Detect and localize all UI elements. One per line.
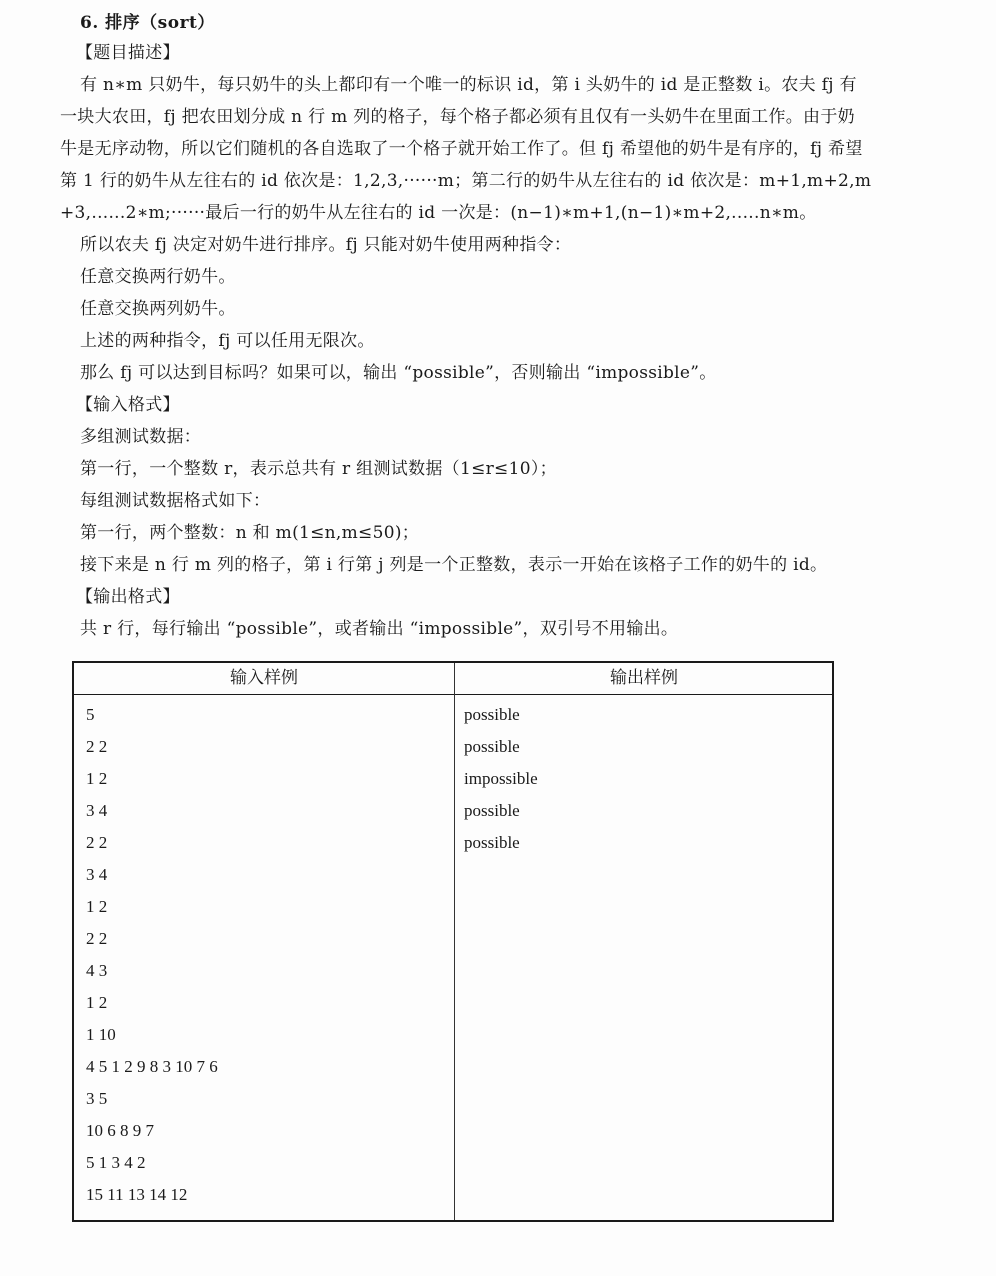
output-sample-line: possible bbox=[464, 737, 520, 757]
input-sample-line: 1 2 bbox=[86, 897, 107, 917]
input-sample-line: 2 2 bbox=[86, 737, 107, 757]
description-line: 上述的两种指令，fj 可以任用无限次。 bbox=[80, 326, 375, 351]
column-divider bbox=[454, 663, 455, 1220]
input-sample-line: 4 5 1 2 9 8 3 10 7 6 bbox=[86, 1057, 218, 1077]
description-line: 所以农夫 fj 决定对奶牛进行排序。fj 只能对奶牛使用两种指令： bbox=[80, 230, 571, 255]
input-sample-line: 5 bbox=[86, 705, 95, 725]
output-format-line: 共 r 行，每行输出 “possible”，或者输出 “impossible”，… bbox=[80, 614, 678, 639]
description-line: 任意交换两行奶牛。 bbox=[80, 262, 236, 287]
section-input-header: 【输入格式】 bbox=[76, 390, 180, 415]
input-sample-line: 1 2 bbox=[86, 993, 107, 1013]
section-description-header: 【题目描述】 bbox=[76, 38, 180, 63]
description-line: +3,......2∗m;······最后一行的奶牛从左往右的 id 一次是：(… bbox=[60, 198, 817, 223]
input-sample-line: 2 2 bbox=[86, 929, 107, 949]
sample-table: 输入样例 输出样例 5 2 2 1 2 3 4 2 2 3 4 1 2 2 2 … bbox=[72, 661, 834, 1222]
description-line: 一块大农田，fj 把农田划分成 n 行 m 列的格子，每个格子都必须有且仅有一头… bbox=[60, 102, 855, 127]
description-line: 第 1 行的奶牛从左往右的 id 依次是：1,2,3,······m；第二行的奶… bbox=[60, 166, 871, 191]
output-sample-line: possible bbox=[464, 705, 520, 725]
header-output-sample: 输出样例 bbox=[454, 663, 834, 694]
input-format-line: 多组测试数据： bbox=[80, 422, 201, 447]
input-sample-line: 15 11 13 14 12 bbox=[86, 1185, 187, 1205]
description-line: 那么 fj 可以达到目标吗？如果可以，输出 “possible”，否则输出 “i… bbox=[80, 358, 717, 383]
section-output-header: 【输出格式】 bbox=[76, 582, 180, 607]
problem-title: 6. 排序（sort） bbox=[80, 8, 215, 33]
output-sample-line: possible bbox=[464, 833, 520, 853]
input-sample-line: 3 4 bbox=[86, 865, 107, 885]
description-line: 任意交换两列奶牛。 bbox=[80, 294, 236, 319]
output-sample-line: possible bbox=[464, 801, 520, 821]
input-sample-line: 3 4 bbox=[86, 801, 107, 821]
input-format-line: 第一行，一个整数 r，表示总共有 r 组测试数据（1≤r≤10）； bbox=[80, 454, 557, 479]
input-sample-line: 5 1 3 4 2 bbox=[86, 1153, 146, 1173]
input-sample-line: 2 2 bbox=[86, 833, 107, 853]
input-sample-line: 1 2 bbox=[86, 769, 107, 789]
header-input-sample: 输入样例 bbox=[74, 663, 454, 694]
input-format-line: 接下来是 n 行 m 列的格子，第 i 行第 j 列是一个正整数，表示一开始在该… bbox=[80, 550, 827, 575]
input-sample-line: 4 3 bbox=[86, 961, 107, 981]
description-line: 牛是无序动物，所以它们随机的各自选取了一个格子就开始工作了。但 fj 希望他的奶… bbox=[60, 134, 863, 159]
description-line: 有 n∗m 只奶牛，每只奶牛的头上都印有一个唯一的标识 id，第 i 头奶牛的 … bbox=[80, 70, 857, 95]
table-header-row: 输入样例 输出样例 bbox=[74, 663, 832, 695]
output-sample-line: impossible bbox=[464, 769, 538, 789]
input-format-line: 第一行，两个整数：n 和 m(1≤n,m≤50)； bbox=[80, 518, 419, 543]
input-format-line: 每组测试数据格式如下： bbox=[80, 486, 270, 511]
input-sample-line: 10 6 8 9 7 bbox=[86, 1121, 154, 1141]
input-sample-line: 3 5 bbox=[86, 1089, 107, 1109]
input-sample-line: 1 10 bbox=[86, 1025, 116, 1045]
